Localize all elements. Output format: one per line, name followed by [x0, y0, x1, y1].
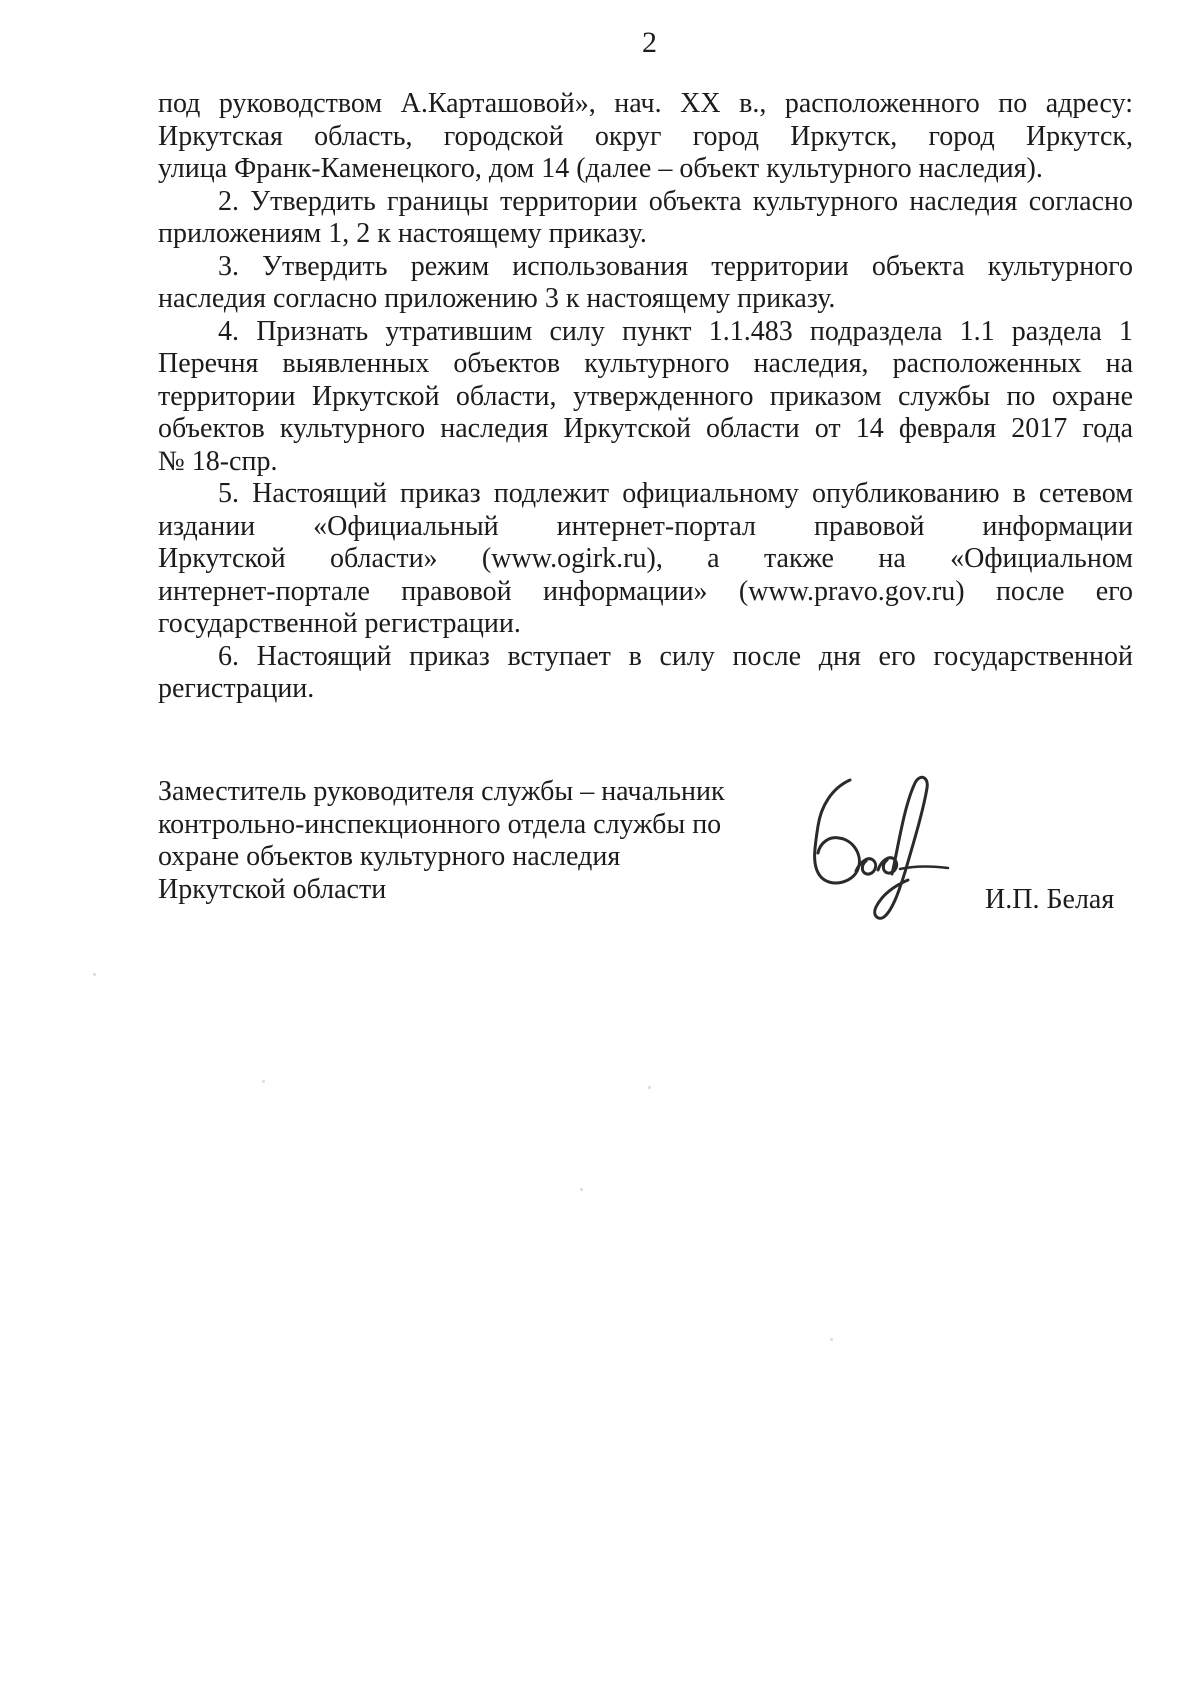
body-line: территории Иркутской области, утвержденн…: [158, 381, 1133, 414]
body-line: улица Франк-Каменецкого, дом 14 (далее –…: [158, 153, 1133, 186]
scan-speck: [580, 1188, 583, 1191]
signature-position-line: Иркутской области: [158, 874, 798, 907]
signature-position-line: Заместитель руководителя службы – началь…: [158, 776, 798, 809]
scan-speck: [262, 1080, 265, 1083]
body-line: объектов культурного наследия Иркутской …: [158, 413, 1133, 446]
scan-speck: [648, 1086, 651, 1089]
body-line: 6. Настоящий приказ вступает в силу посл…: [158, 641, 1133, 674]
paragraph-item-3: 3. Утвердить режим использования террито…: [158, 251, 1133, 316]
body-line: приложениям 1, 2 к настоящему приказу.: [158, 218, 1133, 251]
body-line: государственной регистрации.: [158, 608, 1133, 641]
body-line: интернет-портале правовой информации» (w…: [158, 576, 1133, 609]
body-line: № 18-спр.: [158, 446, 1133, 479]
paragraph-item-5: 5. Настоящий приказ подлежит официальном…: [158, 478, 1133, 641]
body-line: издании «Официальный интернет-портал пра…: [158, 511, 1133, 544]
scan-speck: [93, 973, 96, 976]
document-body: под руководством А.Карташовой», нач. XX …: [158, 88, 1133, 706]
page-number: 2: [100, 26, 1200, 60]
signature-position-block: Заместитель руководителя службы – началь…: [158, 776, 798, 906]
handwritten-signature-icon: [796, 764, 952, 930]
paragraph-item-6: 6. Настоящий приказ вступает в силу посл…: [158, 641, 1133, 706]
signature-position-line: охране объектов культурного наследия: [158, 841, 798, 874]
body-line: Перечня выявленных объектов культурного …: [158, 348, 1133, 381]
body-line: регистрации.: [158, 673, 1133, 706]
document-page: 2 под руководством А.Карташовой», нач. X…: [0, 0, 1200, 1697]
paragraph-item-2: 2. Утвердить границы территории объекта …: [158, 186, 1133, 251]
body-line: Иркутская область, городской округ город…: [158, 121, 1133, 154]
body-line: Иркутской области» (www.ogirk.ru), а так…: [158, 543, 1133, 576]
body-line: под руководством А.Карташовой», нач. XX …: [158, 88, 1133, 121]
paragraph-continuation: под руководством А.Карташовой», нач. XX …: [158, 88, 1133, 186]
body-line: 3. Утвердить режим использования террито…: [158, 251, 1133, 284]
body-line: наследия согласно приложению 3 к настоящ…: [158, 283, 1133, 316]
paragraph-item-4: 4. Признать утратившим силу пункт 1.1.48…: [158, 316, 1133, 479]
signature-position-line: контрольно-инспекционного отдела службы …: [158, 809, 798, 842]
body-line: 4. Признать утратившим силу пункт 1.1.48…: [158, 316, 1133, 349]
body-line: 5. Настоящий приказ подлежит официальном…: [158, 478, 1133, 511]
signee-name: И.П. Белая: [985, 884, 1114, 916]
body-line: 2. Утвердить границы территории объекта …: [158, 186, 1133, 219]
scan-speck: [830, 1338, 833, 1341]
